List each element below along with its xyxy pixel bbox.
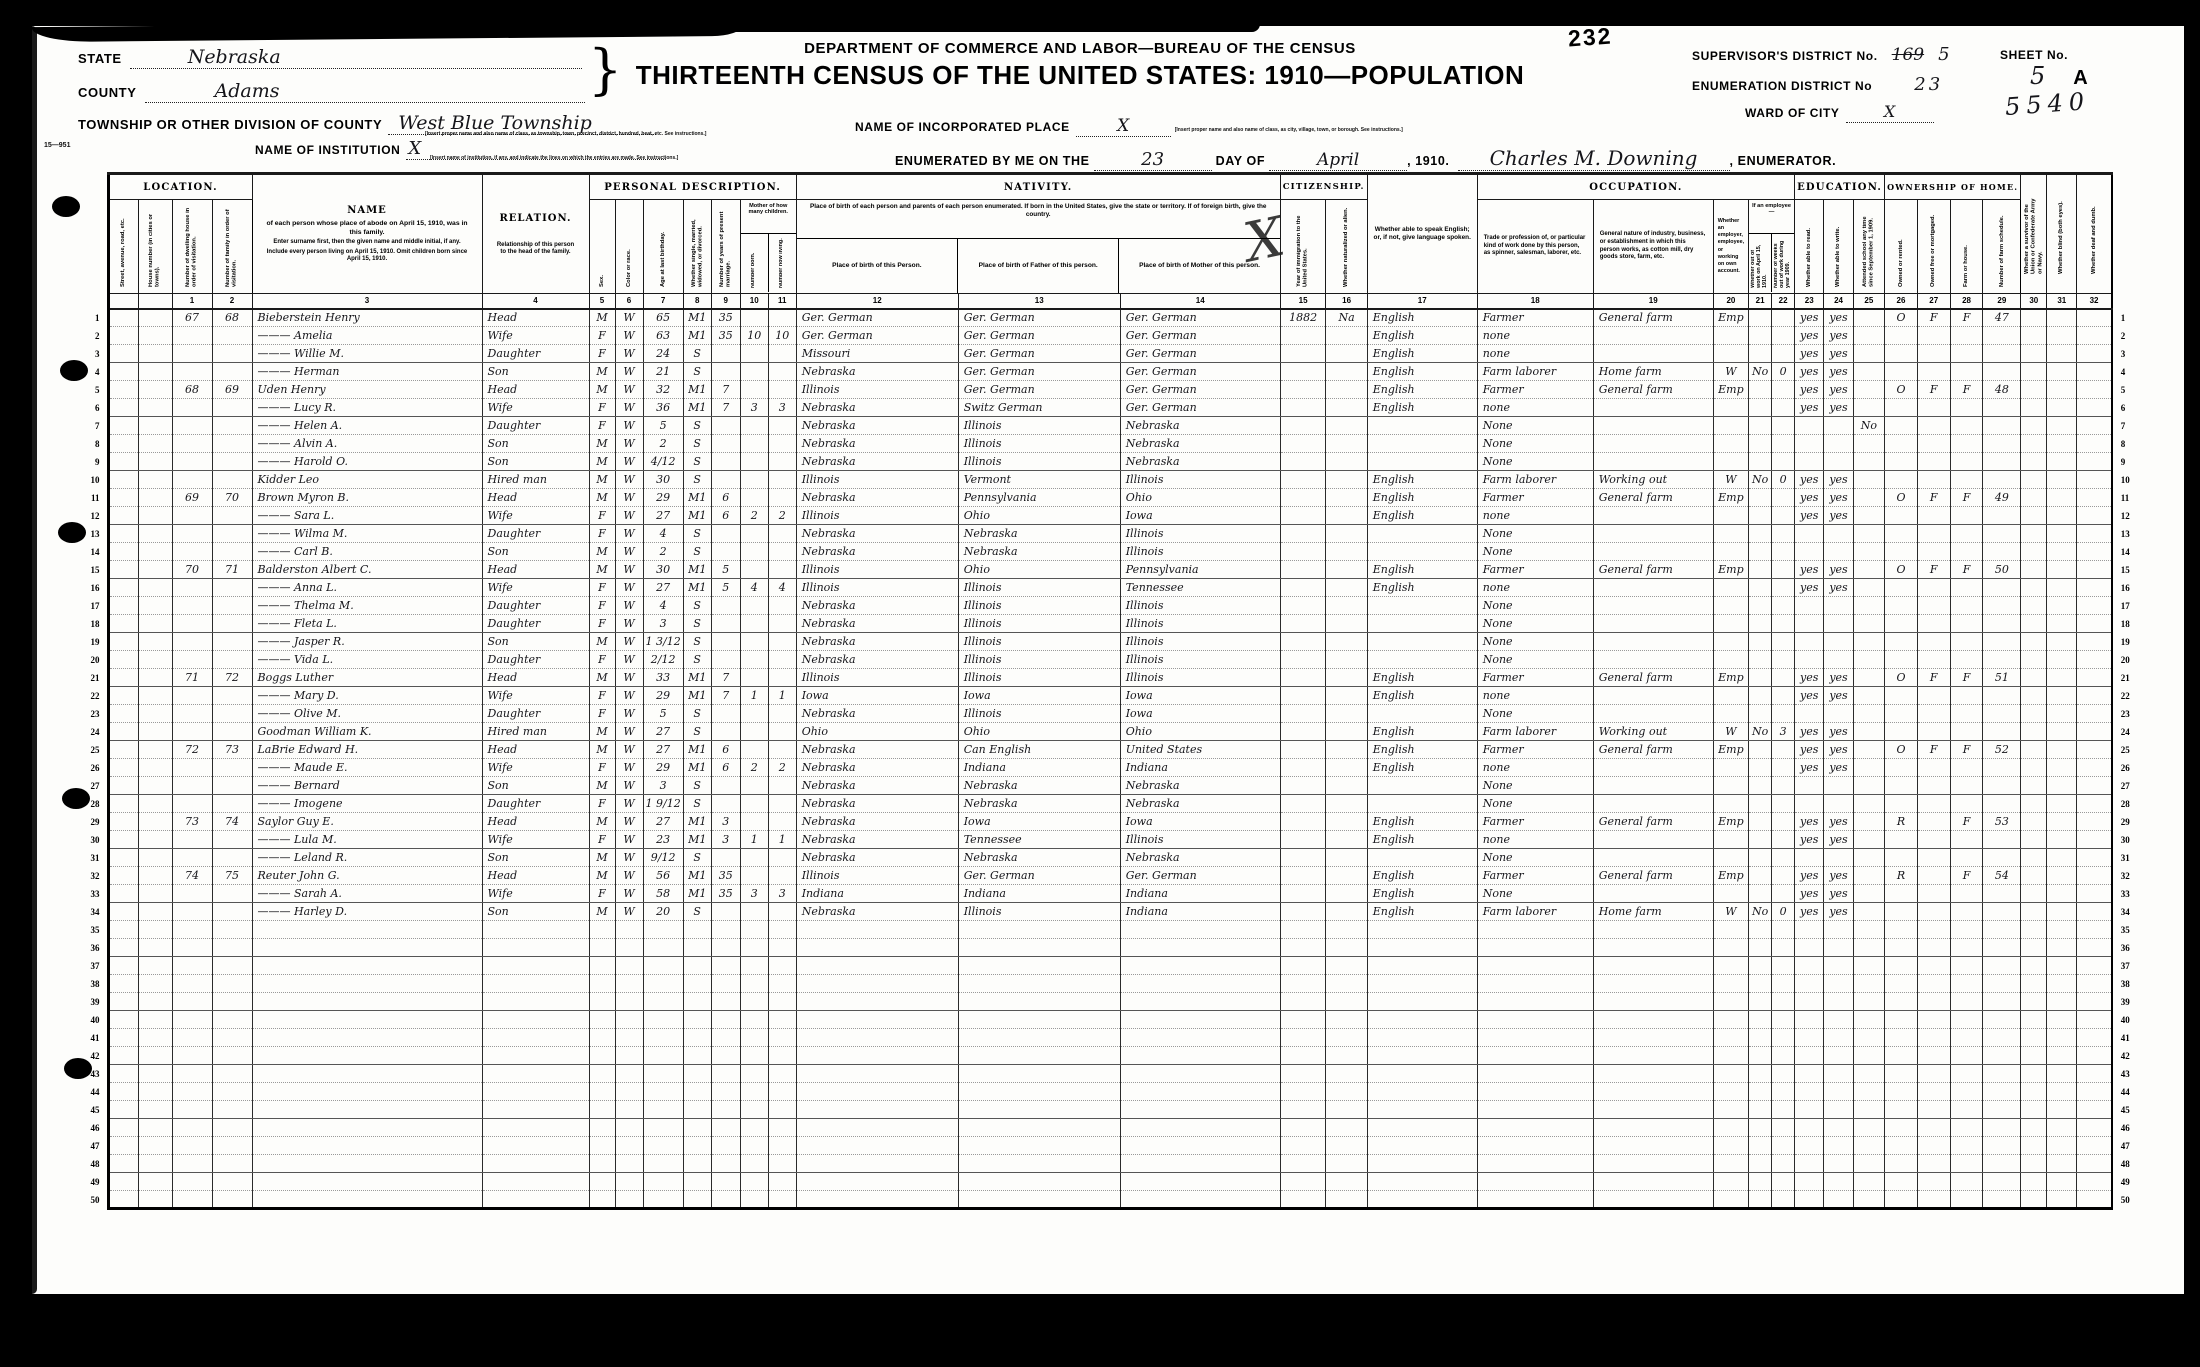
cell-industry bbox=[1593, 327, 1713, 345]
cell-veteran bbox=[2021, 1065, 2047, 1083]
cell-write: yes bbox=[1824, 669, 1853, 687]
col-schedule-header: Number of farm schedule. bbox=[1983, 200, 2021, 294]
cell-deaf bbox=[2077, 993, 2112, 1011]
cell-naturalized bbox=[1326, 669, 1367, 687]
cell-immigration bbox=[1280, 849, 1326, 867]
cell-color bbox=[615, 1119, 643, 1137]
cell-language bbox=[1367, 1191, 1477, 1209]
cell-out_of_work bbox=[1749, 543, 1772, 561]
cell-pob: Nebraska bbox=[796, 489, 958, 507]
cell-owned bbox=[1885, 651, 1918, 669]
cell-sex: M bbox=[589, 741, 615, 759]
cell-pob_mother: United States bbox=[1120, 741, 1280, 759]
cell-family: 74 bbox=[212, 813, 252, 831]
cell-veteran bbox=[2021, 615, 2047, 633]
census-row: 13——— Wilma M.DaughterFW4SNebraskaNebras… bbox=[84, 525, 2138, 543]
cell-pob_father: Nebraska bbox=[958, 525, 1120, 543]
cell-dwelling bbox=[172, 795, 212, 813]
cell-farm_schedule bbox=[1983, 471, 2021, 489]
cell-write bbox=[1824, 993, 1853, 1011]
cell-name bbox=[252, 975, 482, 993]
cell-pob_mother: Illinois bbox=[1120, 831, 1280, 849]
cell-blind bbox=[2047, 615, 2077, 633]
cell-free bbox=[1917, 615, 1950, 633]
cell-naturalized bbox=[1326, 507, 1367, 525]
cell-name: ——— Carl B. bbox=[252, 543, 482, 561]
cell-naturalized bbox=[1326, 579, 1367, 597]
cell-free bbox=[1917, 867, 1950, 885]
cell-trade: Farmer bbox=[1477, 561, 1593, 579]
cell-out_of_work: No bbox=[1749, 723, 1772, 741]
cell-naturalized bbox=[1326, 597, 1367, 615]
cell-pob_father: Ger. German bbox=[958, 309, 1120, 327]
cell-street bbox=[108, 363, 138, 381]
cell-industry bbox=[1593, 687, 1713, 705]
cell-read: yes bbox=[1795, 507, 1824, 525]
cell-pob_father: Ohio bbox=[958, 723, 1120, 741]
cell-out_of_work bbox=[1749, 1155, 1772, 1173]
col-years-married-header: Number of years of present marriage. bbox=[711, 200, 740, 294]
cell-age bbox=[643, 1173, 683, 1191]
cell-veteran bbox=[2021, 345, 2047, 363]
cell-farm_schedule bbox=[1983, 1011, 2021, 1029]
cell-write bbox=[1824, 1065, 1853, 1083]
cell-color: W bbox=[615, 489, 643, 507]
cell-marital: S bbox=[683, 723, 711, 741]
cell-pob_father: Ger. German bbox=[958, 381, 1120, 399]
row-number-right: 26 bbox=[2112, 759, 2138, 777]
cell-children_living bbox=[768, 1101, 796, 1119]
cell-write bbox=[1824, 975, 1853, 993]
cell-blind bbox=[2047, 903, 2077, 921]
cell-owned bbox=[1885, 777, 1918, 795]
cell-owned bbox=[1885, 327, 1918, 345]
cell-emp bbox=[1713, 849, 1748, 867]
cell-write bbox=[1824, 651, 1853, 669]
column-number: 28 bbox=[1950, 294, 1983, 309]
cell-trade: None bbox=[1477, 597, 1593, 615]
cell-farm bbox=[1950, 1065, 1983, 1083]
cell-yrs_married bbox=[711, 363, 740, 381]
cell-emp bbox=[1713, 633, 1748, 651]
row-number-left: 43 bbox=[84, 1065, 108, 1083]
cell-sex bbox=[589, 1119, 615, 1137]
cell-name bbox=[252, 1155, 482, 1173]
census-row: 22——— Mary D.WifeFW29M1711IowaIowaIowaEn… bbox=[84, 687, 2138, 705]
cell-deaf bbox=[2077, 885, 2112, 903]
cell-industry: General farm bbox=[1593, 741, 1713, 759]
cell-owned bbox=[1885, 975, 1918, 993]
row-number-right: 27 bbox=[2112, 777, 2138, 795]
cell-house bbox=[138, 831, 172, 849]
cell-pob_mother: Ger. German bbox=[1120, 399, 1280, 417]
cell-pob bbox=[796, 1065, 958, 1083]
cell-read: yes bbox=[1795, 885, 1824, 903]
column-number: 22 bbox=[1772, 294, 1795, 309]
cell-name: ——— Bernard bbox=[252, 777, 482, 795]
cell-trade: Farmer bbox=[1477, 381, 1593, 399]
cell-read bbox=[1795, 1155, 1824, 1173]
cell-children_born bbox=[740, 1101, 768, 1119]
cell-farm bbox=[1950, 1101, 1983, 1119]
cell-children_living bbox=[768, 651, 796, 669]
cell-weeks_1909 bbox=[1772, 327, 1795, 345]
cell-veteran bbox=[2021, 435, 2047, 453]
cell-color: W bbox=[615, 903, 643, 921]
cell-out_of_work bbox=[1749, 1065, 1772, 1083]
day-of-label: DAY OF bbox=[1216, 154, 1265, 168]
cell-house bbox=[138, 579, 172, 597]
cell-age: 32 bbox=[643, 381, 683, 399]
cell-write: yes bbox=[1824, 327, 1853, 345]
cell-naturalized bbox=[1326, 957, 1367, 975]
col-color-header: Color or race. bbox=[615, 200, 643, 294]
cell-family bbox=[212, 705, 252, 723]
cell-trade: None bbox=[1477, 885, 1593, 903]
cell-farm bbox=[1950, 849, 1983, 867]
cell-children_born: 4 bbox=[740, 579, 768, 597]
cell-free bbox=[1917, 1155, 1950, 1173]
cell-house bbox=[138, 417, 172, 435]
cell-pob_father bbox=[958, 1011, 1120, 1029]
cell-out_of_work bbox=[1749, 1191, 1772, 1209]
cell-deaf bbox=[2077, 579, 2112, 597]
cell-name bbox=[252, 1119, 482, 1137]
cell-children_living bbox=[768, 1029, 796, 1047]
cell-free bbox=[1917, 939, 1950, 957]
cell-naturalized bbox=[1326, 561, 1367, 579]
column-number: 15 bbox=[1280, 294, 1326, 309]
census-row: 34——— Harley D.SonMW20SNebraskaIllinoisI… bbox=[84, 903, 2138, 921]
column-number bbox=[138, 294, 172, 309]
cell-relation: Daughter bbox=[482, 615, 589, 633]
cell-trade bbox=[1477, 993, 1593, 1011]
cell-trade: Farm laborer bbox=[1477, 363, 1593, 381]
cell-family bbox=[212, 921, 252, 939]
cell-pob: Nebraska bbox=[796, 633, 958, 651]
cell-pob: Ohio bbox=[796, 723, 958, 741]
cell-sex: F bbox=[589, 399, 615, 417]
cell-color: W bbox=[615, 543, 643, 561]
day-blank: 23 bbox=[1094, 149, 1212, 171]
cell-school bbox=[1853, 633, 1884, 651]
cell-free bbox=[1917, 453, 1950, 471]
cell-pob_mother: Ger. German bbox=[1120, 309, 1280, 327]
cell-house bbox=[138, 1047, 172, 1065]
cell-out_of_work bbox=[1749, 381, 1772, 399]
cell-children_living bbox=[768, 669, 796, 687]
cell-immigration bbox=[1280, 1029, 1326, 1047]
column-number: 19 bbox=[1593, 294, 1713, 309]
cell-veteran bbox=[2021, 1101, 2047, 1119]
cell-weeks_1909 bbox=[1772, 1065, 1795, 1083]
cell-age bbox=[643, 1065, 683, 1083]
census-row: 4444 bbox=[84, 1083, 2138, 1101]
cell-yrs_married bbox=[711, 1101, 740, 1119]
census-row: 4141 bbox=[84, 1029, 2138, 1047]
cell-owned bbox=[1885, 849, 1918, 867]
cell-relation bbox=[482, 1173, 589, 1191]
cell-pob_mother bbox=[1120, 975, 1280, 993]
column-number: 23 bbox=[1795, 294, 1824, 309]
cell-dwelling: 68 bbox=[172, 381, 212, 399]
cell-marital: S bbox=[683, 417, 711, 435]
cell-read: yes bbox=[1795, 363, 1824, 381]
cell-read bbox=[1795, 417, 1824, 435]
cell-color: W bbox=[615, 381, 643, 399]
cell-industry bbox=[1593, 543, 1713, 561]
cell-write bbox=[1824, 633, 1853, 651]
cell-immigration bbox=[1280, 1083, 1326, 1101]
census-row: 17——— Thelma M.DaughterFW4SNebraskaIllin… bbox=[84, 597, 2138, 615]
cell-yrs_married bbox=[711, 939, 740, 957]
cell-deaf bbox=[2077, 309, 2112, 327]
cell-children_born bbox=[740, 309, 768, 327]
cell-yrs_married bbox=[711, 435, 740, 453]
column-number: 32 bbox=[2077, 294, 2112, 309]
cell-blind bbox=[2047, 381, 2077, 399]
cell-color bbox=[615, 1173, 643, 1191]
cell-farm_schedule bbox=[1983, 777, 2021, 795]
cell-deaf bbox=[2077, 1191, 2112, 1209]
cell-farm_schedule bbox=[1983, 723, 2021, 741]
cell-immigration bbox=[1280, 975, 1326, 993]
cell-read bbox=[1795, 777, 1824, 795]
cell-relation: Hired man bbox=[482, 471, 589, 489]
cell-trade: none bbox=[1477, 399, 1593, 417]
cell-read bbox=[1795, 543, 1824, 561]
cell-out_of_work bbox=[1749, 867, 1772, 885]
hole-punch-dot bbox=[52, 196, 80, 217]
cell-blind bbox=[2047, 921, 2077, 939]
cell-dwelling: 67 bbox=[172, 309, 212, 327]
cell-emp: Emp bbox=[1713, 561, 1748, 579]
row-number-right: 7 bbox=[2112, 417, 2138, 435]
cell-emp bbox=[1713, 507, 1748, 525]
cell-veteran bbox=[2021, 1191, 2047, 1209]
column-number: 25 bbox=[1853, 294, 1884, 309]
cell-language bbox=[1367, 435, 1477, 453]
cell-industry bbox=[1593, 633, 1713, 651]
row-number-right: 36 bbox=[2112, 939, 2138, 957]
cell-industry: General farm bbox=[1593, 867, 1713, 885]
cell-pob_father: Illinois bbox=[958, 633, 1120, 651]
row-number-right: 15 bbox=[2112, 561, 2138, 579]
row-number-left: 5 bbox=[84, 381, 108, 399]
cell-pob_mother bbox=[1120, 1137, 1280, 1155]
cell-yrs_married: 3 bbox=[711, 813, 740, 831]
row-number-left: 35 bbox=[84, 921, 108, 939]
cell-deaf bbox=[2077, 813, 2112, 831]
cell-farm_schedule bbox=[1983, 1101, 2021, 1119]
cell-children_living bbox=[768, 453, 796, 471]
cell-farm: F bbox=[1950, 489, 1983, 507]
cell-free bbox=[1917, 417, 1950, 435]
group-home-ownership: OWNERSHIP OF HOME. bbox=[1885, 174, 2021, 200]
cell-write bbox=[1824, 1155, 1853, 1173]
cell-pob_father: Nebraska bbox=[958, 795, 1120, 813]
cell-read bbox=[1795, 1173, 1824, 1191]
cell-immigration bbox=[1280, 651, 1326, 669]
cell-house bbox=[138, 345, 172, 363]
cell-farm bbox=[1950, 1191, 1983, 1209]
cell-family bbox=[212, 957, 252, 975]
cell-relation: Wife bbox=[482, 759, 589, 777]
cell-sex: F bbox=[589, 759, 615, 777]
cell-free bbox=[1917, 921, 1950, 939]
cell-write: yes bbox=[1824, 687, 1853, 705]
cell-farm bbox=[1950, 1083, 1983, 1101]
cell-veteran bbox=[2021, 921, 2047, 939]
cell-name: ——— Helen A. bbox=[252, 417, 482, 435]
cell-house bbox=[138, 867, 172, 885]
cell-free: F bbox=[1917, 489, 1950, 507]
cell-children_born bbox=[740, 633, 768, 651]
row-number-right: 13 bbox=[2112, 525, 2138, 543]
cell-street bbox=[108, 345, 138, 363]
cell-school bbox=[1853, 777, 1884, 795]
cell-name: LaBrie Edward H. bbox=[252, 741, 482, 759]
cell-sex: M bbox=[589, 849, 615, 867]
cell-relation: Wife bbox=[482, 327, 589, 345]
cell-language bbox=[1367, 1119, 1477, 1137]
cell-color: W bbox=[615, 471, 643, 489]
cell-veteran bbox=[2021, 687, 2047, 705]
cell-dwelling bbox=[172, 1191, 212, 1209]
cell-owned bbox=[1885, 831, 1918, 849]
cell-street bbox=[108, 903, 138, 921]
cell-age bbox=[643, 1029, 683, 1047]
cell-read bbox=[1795, 1083, 1824, 1101]
column-number: 3 bbox=[252, 294, 482, 309]
cell-pob bbox=[796, 921, 958, 939]
cell-blind bbox=[2047, 939, 2077, 957]
cell-age: 27 bbox=[643, 579, 683, 597]
cell-family bbox=[212, 1173, 252, 1191]
cell-veteran bbox=[2021, 993, 2047, 1011]
cell-write: yes bbox=[1824, 399, 1853, 417]
cell-pob_father bbox=[958, 1047, 1120, 1065]
cell-deaf bbox=[2077, 1029, 2112, 1047]
cell-pob bbox=[796, 1011, 958, 1029]
cell-farm_schedule: 52 bbox=[1983, 741, 2021, 759]
cell-industry bbox=[1593, 1119, 1713, 1137]
cell-marital: M1 bbox=[683, 687, 711, 705]
cell-pob_father: Nebraska bbox=[958, 777, 1120, 795]
cell-blind bbox=[2047, 435, 2077, 453]
cell-sex bbox=[589, 1191, 615, 1209]
cell-relation bbox=[482, 1011, 589, 1029]
cell-farm bbox=[1950, 651, 1983, 669]
cell-immigration bbox=[1280, 453, 1326, 471]
cell-language bbox=[1367, 1047, 1477, 1065]
cell-emp bbox=[1713, 885, 1748, 903]
cell-dwelling bbox=[172, 975, 212, 993]
cell-pob bbox=[796, 1101, 958, 1119]
cell-farm_schedule: 51 bbox=[1983, 669, 2021, 687]
cell-write bbox=[1824, 705, 1853, 723]
cell-out_of_work bbox=[1749, 1029, 1772, 1047]
cell-immigration bbox=[1280, 561, 1326, 579]
cell-language bbox=[1367, 975, 1477, 993]
cell-street bbox=[108, 417, 138, 435]
cell-out_of_work bbox=[1749, 777, 1772, 795]
cell-blind bbox=[2047, 1119, 2077, 1137]
cell-school bbox=[1853, 1047, 1884, 1065]
group-nativity: NATIVITY. bbox=[796, 174, 1280, 200]
cell-write bbox=[1824, 939, 1853, 957]
cell-naturalized bbox=[1326, 705, 1367, 723]
census-row: 4——— HermanSonMW21SNebraskaGer. GermanGe… bbox=[84, 363, 2138, 381]
cell-school bbox=[1853, 597, 1884, 615]
state-line: STATE Nebraska bbox=[78, 46, 582, 69]
cell-immigration bbox=[1280, 1101, 1326, 1119]
cell-children_living bbox=[768, 471, 796, 489]
group-education: EDUCATION. bbox=[1795, 174, 1885, 200]
cell-yrs_married bbox=[711, 777, 740, 795]
cell-farm bbox=[1950, 597, 1983, 615]
cell-emp bbox=[1713, 957, 1748, 975]
cell-family bbox=[212, 1083, 252, 1101]
cell-family bbox=[212, 579, 252, 597]
cell-name: ——— Herman bbox=[252, 363, 482, 381]
cell-age: 20 bbox=[643, 903, 683, 921]
column-number: 1 bbox=[172, 294, 212, 309]
cell-pob_father bbox=[958, 939, 1120, 957]
cell-marital: S bbox=[683, 633, 711, 651]
cell-deaf bbox=[2077, 471, 2112, 489]
cell-language bbox=[1367, 1155, 1477, 1173]
cell-farm bbox=[1950, 345, 1983, 363]
cell-pob: Nebraska bbox=[796, 777, 958, 795]
census-row: 297374Saylor Guy E.HeadMW27M13NebraskaIo… bbox=[84, 813, 2138, 831]
col-if-employee-header: If an employee— Whether out of work on A… bbox=[1749, 200, 1795, 294]
cell-color: W bbox=[615, 795, 643, 813]
cell-free bbox=[1917, 885, 1950, 903]
cell-out_of_work bbox=[1749, 669, 1772, 687]
cell-pob: Nebraska bbox=[796, 597, 958, 615]
cell-family: 70 bbox=[212, 489, 252, 507]
cell-out_of_work bbox=[1749, 687, 1772, 705]
cell-immigration bbox=[1280, 381, 1326, 399]
relation-desc: Relationship of this person to the head … bbox=[485, 241, 587, 258]
cell-pob_father bbox=[958, 1065, 1120, 1083]
cell-house bbox=[138, 975, 172, 993]
cell-emp bbox=[1713, 1083, 1748, 1101]
cell-house bbox=[138, 399, 172, 417]
row-number-left: 32 bbox=[84, 867, 108, 885]
cell-naturalized bbox=[1326, 1011, 1367, 1029]
cell-name: ——— Sarah A. bbox=[252, 885, 482, 903]
cell-pob_father: Ger. German bbox=[958, 327, 1120, 345]
cell-yrs_married: 35 bbox=[711, 327, 740, 345]
cell-sex bbox=[589, 1011, 615, 1029]
cell-emp bbox=[1713, 1191, 1748, 1209]
column-number: 13 bbox=[958, 294, 1120, 309]
cell-veteran bbox=[2021, 885, 2047, 903]
cell-dwelling: 72 bbox=[172, 741, 212, 759]
cell-read bbox=[1795, 633, 1824, 651]
cell-free bbox=[1917, 1119, 1950, 1137]
row-number-left: 10 bbox=[84, 471, 108, 489]
cell-sex: M bbox=[589, 777, 615, 795]
row-number-left: 33 bbox=[84, 885, 108, 903]
cell-marital: M1 bbox=[683, 399, 711, 417]
cell-relation: Son bbox=[482, 633, 589, 651]
cell-school bbox=[1853, 957, 1884, 975]
cell-language bbox=[1367, 1083, 1477, 1101]
cell-immigration bbox=[1280, 831, 1326, 849]
